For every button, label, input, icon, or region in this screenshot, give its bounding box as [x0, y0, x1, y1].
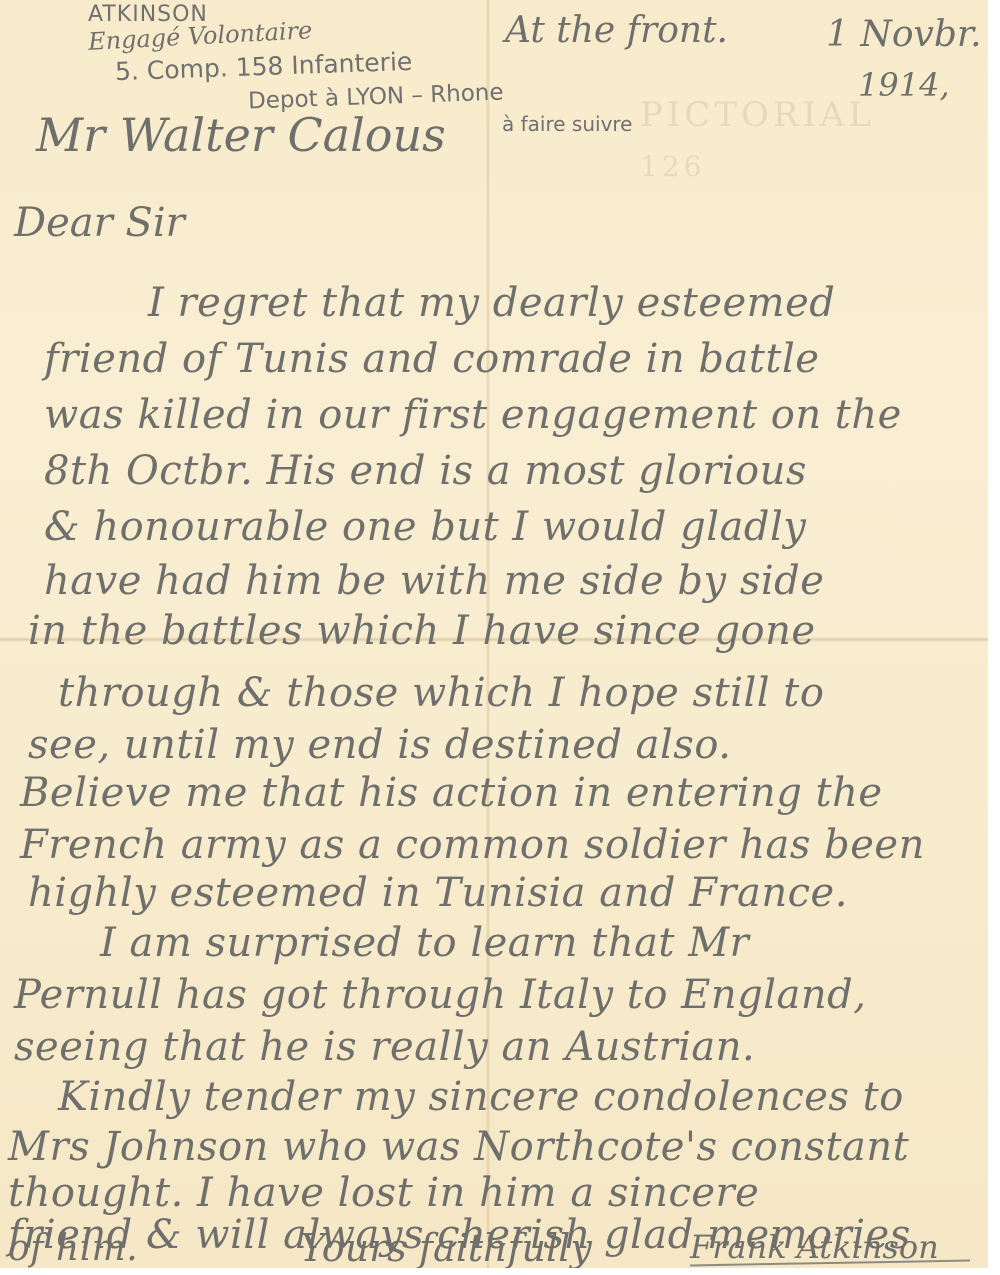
body-line: I am surprised to learn that Mr [100, 920, 749, 966]
recipient: Mr Walter Calous [36, 108, 446, 162]
body-line: I regret that my dearly esteemed [148, 280, 835, 326]
body-line: Kindly tender my sincere condolences to [58, 1074, 904, 1120]
body-line: have had him be with me side by side [44, 558, 824, 604]
letter-page: PICTORIAL 126 ATKINSON Engagé Volontaire… [0, 0, 988, 1268]
body-line: French army as a common soldier has been [20, 822, 925, 868]
dateline-date: 1 Novbr. [826, 14, 982, 55]
body-line: & honourable one but I would gladly [44, 504, 806, 550]
body-line: 8th Octbr. His end is a most glorious [44, 448, 807, 494]
closing: Yours faithfully [300, 1226, 592, 1268]
body-line: Believe me that his action in entering t… [20, 770, 883, 816]
dateline-year: 1914, [858, 66, 950, 104]
body-line: seeing that he is really an Austrian. [14, 1024, 755, 1070]
body-line: Mrs Johnson who was Northcote's constant [8, 1124, 909, 1170]
forward-note: à faire suivre [502, 112, 633, 136]
dateline-place: At the front. [505, 10, 728, 51]
body-line: was killed in our first engagement on th… [44, 392, 902, 438]
sender-unit: 5. Comp. 158 Infanterie [115, 47, 413, 86]
body-line-last: of him. [8, 1228, 138, 1268]
body-line: friend of Tunis and comrade in battle [44, 336, 819, 382]
body-line: highly esteemed in Tunisia and France. [28, 870, 848, 916]
body-line: Pernull has got through Italy to England… [14, 972, 866, 1018]
salutation: Dear Sir [14, 200, 185, 246]
body-line: through & those which I hope still to [58, 670, 824, 716]
body-line: see, until my end is destined also. [28, 722, 731, 768]
body-line: in the battles which I have since gone [28, 608, 816, 654]
body-line: thought. I have lost in him a sincere [8, 1170, 759, 1216]
letterhead-ghost-line2: 126 [640, 150, 705, 183]
letterhead-ghost-line1: PICTORIAL [640, 95, 875, 135]
